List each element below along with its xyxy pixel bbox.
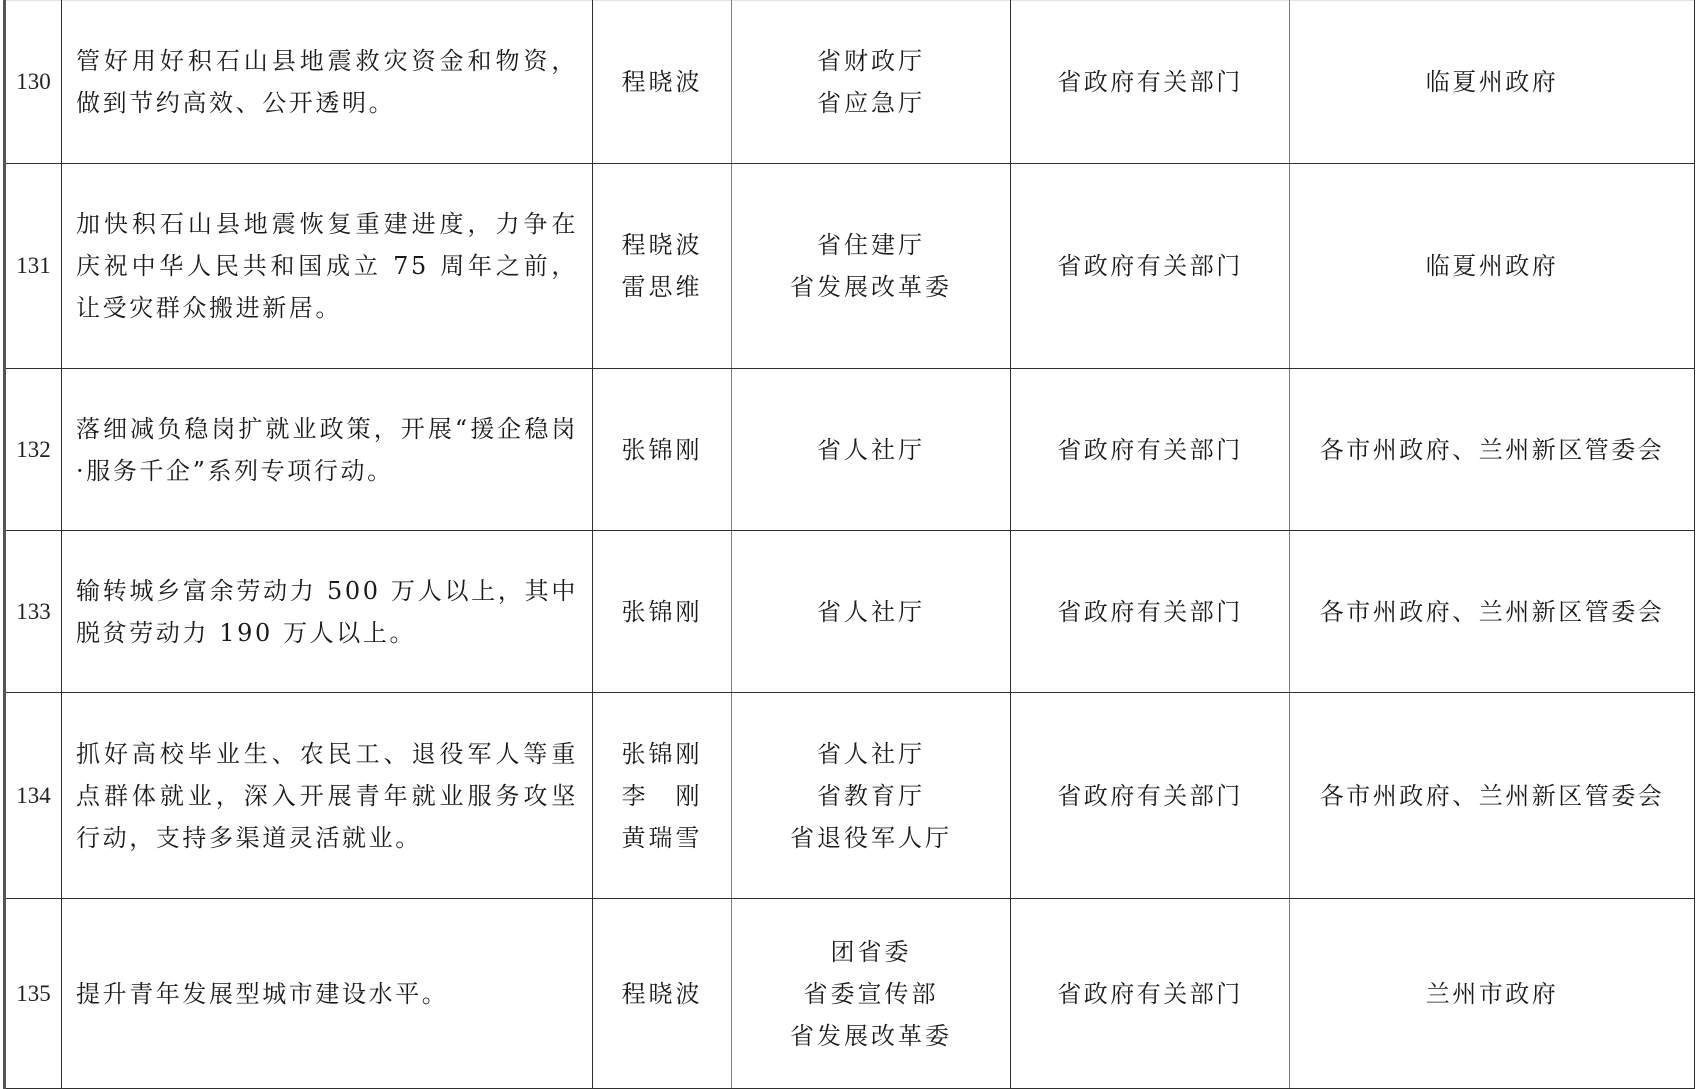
responsible-leader: 张锦刚 李 刚 黄瑞雪 (593, 693, 732, 899)
lead-unit: 团省委 省委宣传部 省发展改革委 (732, 899, 1011, 1089)
cooperating-unit: 省政府有关部门 (1011, 369, 1290, 531)
task-number: 133 (5, 531, 62, 693)
responsible-unit: 兰州市政府 (1290, 899, 1695, 1089)
responsible-leader: 张锦刚 (593, 369, 732, 531)
cooperating-unit: 省政府有关部门 (1011, 531, 1290, 693)
table-row: 130 管好用好积石山县地震救灾资金和物资，做到节约高效、公开透明。 程晓波 省… (5, 1, 1695, 164)
cooperating-unit: 省政府有关部门 (1011, 164, 1290, 369)
task-content: 抓好高校毕业生、农民工、退役军人等重点群体就业，深入开展青年就业服务攻坚行动，支… (62, 693, 593, 899)
task-content: 加快积石山县地震恢复重建进度，力争在庆祝中华人民共和国成立 75 周年之前，让受… (62, 164, 593, 369)
task-number: 134 (5, 693, 62, 899)
task-number: 131 (5, 164, 62, 369)
lead-unit: 省财政厅 省应急厅 (732, 1, 1011, 164)
responsible-unit: 各市州政府、兰州新区管委会 (1290, 693, 1695, 899)
lead-unit: 省住建厅 省发展改革委 (732, 164, 1011, 369)
table-row: 132 落细减负稳岗扩就业政策，开展“援企稳岗·服务千企”系列专项行动。 张锦刚… (5, 369, 1695, 531)
responsible-leader: 张锦刚 (593, 531, 732, 693)
cooperating-unit: 省政府有关部门 (1011, 1, 1290, 164)
responsible-leader: 程晓波 (593, 899, 732, 1089)
responsible-unit: 各市州政府、兰州新区管委会 (1290, 369, 1695, 531)
cooperating-unit: 省政府有关部门 (1011, 693, 1290, 899)
table-row: 134 抓好高校毕业生、农民工、退役军人等重点群体就业，深入开展青年就业服务攻坚… (5, 693, 1695, 899)
lead-unit: 省人社厅 省教育厅 省退役军人厅 (732, 693, 1011, 899)
lead-unit: 省人社厅 (732, 531, 1011, 693)
task-content: 管好用好积石山县地震救灾资金和物资，做到节约高效、公开透明。 (62, 1, 593, 164)
table-row: 133 输转城乡富余劳动力 500 万人以上，其中脱贫劳动力 190 万人以上。… (5, 531, 1695, 693)
task-content: 落细减负稳岗扩就业政策，开展“援企稳岗·服务千企”系列专项行动。 (62, 369, 593, 531)
lead-unit: 省人社厅 (732, 369, 1011, 531)
task-number: 130 (5, 1, 62, 164)
responsible-leader: 程晓波 雷思维 (593, 164, 732, 369)
task-number: 132 (5, 369, 62, 531)
task-content: 输转城乡富余劳动力 500 万人以上，其中脱贫劳动力 190 万人以上。 (62, 531, 593, 693)
responsible-unit: 临夏州政府 (1290, 164, 1695, 369)
table-row: 135 提升青年发展型城市建设水平。 程晓波 团省委 省委宣传部 省发展改革委 … (5, 899, 1695, 1089)
responsible-unit: 临夏州政府 (1290, 1, 1695, 164)
document-page: 130 管好用好积石山县地震救灾资金和物资，做到节约高效、公开透明。 程晓波 省… (0, 0, 1697, 1089)
responsible-leader: 程晓波 (593, 1, 732, 164)
cooperating-unit: 省政府有关部门 (1011, 899, 1290, 1089)
task-content: 提升青年发展型城市建设水平。 (62, 899, 593, 1089)
table-row: 131 加快积石山县地震恢复重建进度，力争在庆祝中华人民共和国成立 75 周年之… (5, 164, 1695, 369)
task-assignment-table: 130 管好用好积石山县地震救灾资金和物资，做到节约高效、公开透明。 程晓波 省… (3, 0, 1695, 1089)
task-number: 135 (5, 899, 62, 1089)
responsible-unit: 各市州政府、兰州新区管委会 (1290, 531, 1695, 693)
